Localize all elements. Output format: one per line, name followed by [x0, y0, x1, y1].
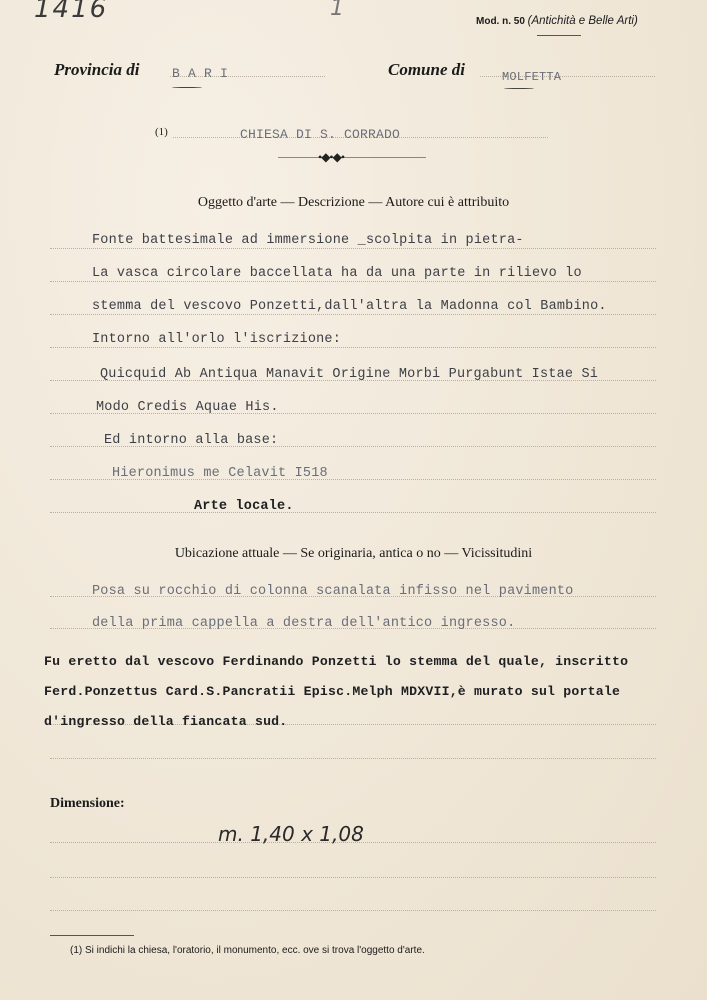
provincia-flourish: [172, 87, 202, 88]
ruled-line: [50, 248, 656, 249]
ruled-line: [50, 877, 656, 878]
archive-number-handwritten: 1416: [34, 0, 108, 24]
inscription-line: Modo Credis Aquae His.: [96, 400, 279, 415]
history-line: Ferd.Ponzettus Card.S.Pancratii Episc.Me…: [44, 684, 620, 699]
attribution-line: Arte locale.: [194, 499, 294, 514]
comune-flourish: [504, 88, 534, 89]
ornament-rule: [278, 157, 426, 158]
ruled-line: [50, 347, 656, 348]
footnote-marker: (1): [155, 126, 168, 138]
description-line: Intorno all'orlo l'iscrizione:: [92, 332, 341, 347]
model-number: Mod. n. 50: [476, 16, 525, 27]
model-scope: (Antichità e Belle Arti): [528, 15, 638, 27]
footnote-rule: [50, 935, 134, 936]
dimension-label: Dimensione:: [50, 796, 125, 812]
description-line: stemma del vescovo Ponzetti,dall'altra l…: [92, 299, 607, 314]
location-line: Posa su rocchio di colonna scanalata inf…: [92, 584, 573, 599]
history-line: Fu eretto dal vescovo Ferdinando Ponzett…: [44, 654, 628, 669]
history-line: d'ingresso della fiancata sud.: [44, 714, 287, 729]
description-line: Ed intorno alla base:: [104, 433, 278, 448]
ruled-line: [50, 281, 656, 282]
ornament-icon: •◆•◆•: [318, 150, 344, 165]
description-line: La vasca circolare baccellata ha da una …: [92, 266, 582, 281]
model-header: Mod. n. 50 (Antichità e Belle Arti): [476, 15, 638, 27]
dimension-value-handwritten: m. 1,40 x 1,08: [218, 822, 364, 846]
description-line: Fonte battesimale ad immersione _scolpit…: [92, 233, 524, 248]
comune-label: Comune di: [388, 60, 465, 80]
model-header-rule: [537, 35, 581, 36]
section-heading-object: Oggetto d'arte — Descrizione — Autore cu…: [0, 195, 707, 211]
inscription-line: Hieronimus me Celavit I518: [112, 466, 328, 481]
ruled-line: [50, 910, 656, 911]
provincia-value: B A R I: [172, 66, 228, 81]
page-mark-handwritten: 1: [330, 0, 344, 21]
comune-value: MOLFETTA: [502, 70, 561, 84]
inscription-line: Quicquid Ab Antiqua Manavit Origine Morb…: [100, 367, 598, 382]
ruled-line: [50, 758, 656, 759]
ruled-line: [50, 314, 656, 315]
provincia-label: Provincia di: [54, 60, 139, 80]
section-heading-location: Ubicazione attuale — Se originaria, anti…: [0, 546, 707, 562]
location-value: CHIESA DI S. CORRADO: [240, 127, 400, 142]
ruled-line: [50, 512, 656, 513]
location-line: della prima cappella a destra dell'antic…: [92, 616, 515, 631]
footnote-text: (1) Si indichi la chiesa, l'oratorio, il…: [70, 945, 425, 956]
